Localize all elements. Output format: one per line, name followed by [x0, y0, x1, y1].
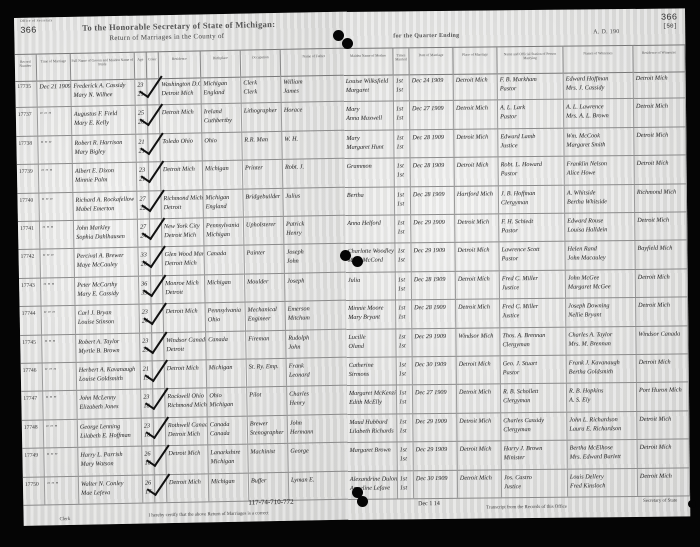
record-cell: 1st1st: [395, 244, 411, 272]
record-cell: Detroit Mich: [165, 360, 208, 388]
record-cell: Dec 28 1909: [411, 158, 455, 186]
record-cell: 17735: [15, 80, 38, 108]
record-cell: Lawrence ScottPastor: [499, 242, 565, 270]
record-cell: 17748: [22, 420, 45, 448]
record-cell: Peter McCarthyMary E. Cassidy: [75, 276, 140, 305]
record-cell: Charles A. TaylorMrs. M. Brennan: [566, 327, 636, 355]
record-cell: 17743: [19, 278, 42, 306]
record-cell: Detroit Mich: [638, 468, 690, 496]
column-header: Name of Father: [281, 49, 348, 76]
column-header: Occupation: [241, 50, 281, 77]
record-cell: MechanicalEngineer: [246, 302, 287, 330]
column-header: Place of Marriage: [453, 47, 497, 73]
record-cell: Michigan: [203, 161, 244, 189]
record-cell: J. B. HoffmanClergyman: [499, 185, 565, 213]
record-cell: MichiganEngland: [201, 76, 242, 104]
record-cell: Michigan: [209, 473, 250, 501]
binding-hole: [340, 250, 351, 261]
record-cell: Toledo Ohio: [160, 133, 203, 161]
record-cell: Port Huron Mich: [637, 383, 689, 411]
page-number: 366: [661, 13, 677, 23]
record-cell: Detroit Mich: [457, 385, 501, 413]
record-cell: " " ": [44, 448, 79, 476]
record-cell: Margaret McKenzieEdith McElly: [347, 386, 397, 414]
record-cell: Harry J. BrownMinister: [502, 441, 568, 469]
record-cell: Albert E. DixonMinnie Palm: [73, 163, 138, 192]
record-cell: A. WhitsideBertha Whitside: [565, 185, 635, 213]
record-cell: Dec 28 1909: [412, 300, 456, 328]
record-cell: " " ": [38, 136, 73, 164]
record-cell: Hartford Mich: [455, 186, 499, 214]
record-cell: Dec 29 1909: [414, 442, 458, 470]
record-cell: Michigan: [207, 360, 248, 388]
record-cell: Detroit Mich: [456, 271, 500, 299]
record-cell: WilliamJames: [281, 74, 349, 103]
record-cell: " " ": [42, 334, 77, 362]
column-header: Residence of Witnesses: [633, 45, 685, 72]
record-cell: Detroit Mich: [635, 156, 687, 184]
footer-certification: I hereby certify that the above Return o…: [149, 511, 269, 518]
record-cell: JohnHermann: [288, 414, 356, 443]
record-cell: Edward RouseLouisa Halldein: [565, 213, 635, 241]
record-cell: " " ": [39, 192, 74, 220]
record-cell: Dec 28 1909: [410, 130, 454, 158]
record-row: Alexandrine DulongAngeline Lefave1st1stD…: [348, 468, 690, 500]
binding-hole: [342, 38, 353, 49]
record-cell: ClerkClerk: [241, 75, 282, 103]
record-cell: R.R. Man: [242, 132, 283, 160]
column-header: Age: [135, 52, 147, 78]
record-row: 17750 " " "Walter N. ConleyMae Lefeva261…: [23, 471, 356, 506]
record-row: Louise WilksfieldMargaret1st1stDec 24 19…: [344, 70, 686, 102]
record-cell: Detroit Mich: [634, 99, 686, 127]
record-cell: 1st1st: [395, 158, 411, 186]
record-cell: PennsylvaniaMichigan: [204, 218, 245, 246]
record-cell: 17741: [18, 222, 41, 250]
record-cell: Pilot: [247, 387, 288, 415]
footer-transcript: Transcript from the Records of this Offi…: [486, 505, 567, 511]
column-header: Full Name of Groom and Maiden Name of Br…: [71, 53, 135, 80]
record-cell: 17737: [16, 108, 39, 136]
record-cell: 17742: [18, 250, 41, 278]
column-header: Names of Witnesses: [563, 46, 633, 73]
record-cell: CanadaCanada: [208, 416, 249, 444]
record-cell: Thos. A. BrennanClergyman: [500, 327, 566, 355]
record-cell: Carl J. BryanLouise Stinson: [76, 305, 141, 334]
record-cell: Detroit Mich: [457, 413, 501, 441]
record-cell: Lithographer: [242, 103, 283, 131]
record-cell: Dec 27 1909: [410, 101, 454, 129]
record-cell: Julius: [283, 187, 351, 216]
record-cell: Upholsterer: [244, 217, 285, 245]
record-cell: RudolphJohn: [286, 329, 354, 358]
record-cell: Percival A. BrewerMaye McCauley: [74, 248, 139, 277]
record-cell: W. H.: [282, 130, 350, 159]
column-header: Time of Marriage: [37, 54, 71, 81]
record-cell: St. Ry. Emp.: [247, 359, 288, 387]
record-cell: LanarkshireMichigan: [208, 445, 249, 473]
record-cell: 1st1st: [394, 130, 410, 158]
column-header: Date of Marriage: [409, 48, 453, 74]
record-cell: PatrickHenry: [284, 216, 352, 245]
record-cell: MaryAnna Maxwell: [344, 102, 394, 130]
record-cell: Walter N. ConleyMae Lefeva: [79, 475, 144, 504]
record-cell: Rothwell CanadaDetroit Mich: [166, 417, 209, 445]
record-row: MaryMargaret Hunt1st1stDec 28 1909Detroi…: [344, 127, 686, 159]
record-cell: Anna Helford: [345, 215, 395, 243]
record-cell: 1st1st: [395, 215, 411, 243]
record-cell: Detroit Mich: [636, 269, 688, 297]
record-cell: Margaret Brown: [348, 443, 398, 471]
record-cell: Detroit Mich: [454, 101, 498, 129]
binding-hole: [352, 256, 363, 267]
record-cell: Jos. CastroJustice: [502, 469, 568, 497]
record-cell: Painter: [244, 245, 285, 273]
page-stamp: [50]: [663, 23, 677, 30]
record-cell: Rockwell OhioRichmond Mich: [165, 389, 208, 417]
footer-note: Dec 1 14: [418, 501, 440, 507]
record-cell: 1st1st: [394, 73, 410, 101]
record-cell: Detroit Mich: [637, 411, 689, 439]
record-cell: 1st1st: [395, 187, 411, 215]
record-cell: New York CityDetroit Mich: [162, 218, 205, 246]
record-cell: Detroit Mich: [455, 158, 499, 186]
record-cell: Julia: [346, 272, 396, 300]
register-left-page: 366 Office of Secretary To the Honorable…: [14, 12, 357, 526]
footer-signature: Clerk: [60, 517, 71, 522]
record-cell: John McLennyElizabeth Jones: [77, 390, 142, 419]
record-cell: Robert R. HarrisonMary Bigley: [72, 134, 137, 163]
record-cell: " " ": [43, 363, 78, 391]
record-cell: 1st1st: [396, 272, 412, 300]
quarter-title: for the Quarter Ending: [393, 33, 459, 40]
record-cell: Windsor Canada: [636, 326, 688, 354]
record-cell: George: [288, 443, 356, 472]
record-cell: Edward HoffmanMrs. J. Cassidy: [564, 71, 634, 99]
record-cell: Maud HubbardLilabeth Richards: [347, 414, 397, 442]
record-cell: " " ": [42, 306, 77, 334]
record-cell: Robt. J.: [283, 159, 351, 188]
record-row: Minnie MooreMary Bryant1st1stDec 28 1909…: [346, 298, 688, 330]
record-row: Margaret McKenzieEdith McElly1st1stDec 2…: [347, 383, 689, 415]
record-cell: Ohio: [202, 132, 243, 160]
record-cell: Detroit Mich: [636, 298, 688, 326]
record-cell: Detroit Mich: [454, 129, 498, 157]
record-cell: Canada: [204, 246, 245, 274]
record-cell: Detroit Mich: [634, 70, 686, 98]
record-cell: 17745: [20, 335, 43, 363]
record-cell: 1st1st: [397, 386, 413, 414]
record-cell: MaryMargaret Hunt: [344, 130, 394, 158]
register-right-page: 366 [50] for the Quarter Ending A. D. 19…: [343, 8, 690, 520]
record-cell: Detroit Mich: [637, 354, 689, 382]
record-cell: Lyman E.: [289, 471, 357, 500]
record-cell: 1st1st: [397, 357, 413, 385]
record-cell: Detroit Mich: [635, 212, 687, 240]
record-cell: Helen RandJohn Macauley: [565, 241, 635, 269]
record-cell: OhioMichigan: [207, 388, 248, 416]
record-cell: 1st1st: [398, 471, 414, 499]
record-cell: Detroit Mich: [456, 300, 500, 328]
record-cell: Horace: [282, 102, 350, 131]
record-row: Anna Helford1st1stDec 29 1909Detroit Mic…: [345, 212, 687, 244]
record-cell: Charles CassidyClergyman: [501, 412, 567, 440]
record-cell: Herbert A. KavanaughLouise Goldsmith: [77, 362, 142, 391]
record-cell: Bertha: [345, 187, 395, 215]
column-header: Times Married: [393, 48, 409, 74]
record-cell: Dec 29 1909: [411, 243, 455, 271]
record-cell: Dec 30 1909: [414, 470, 458, 498]
record-cell: Canada: [206, 331, 247, 359]
record-cell: " " ": [38, 107, 73, 135]
record-cell: 1st1st: [398, 442, 414, 470]
record-cell: Buffer: [249, 472, 290, 500]
record-cell: Monroe MichDetroit: [163, 275, 206, 303]
record-cell: Dec 29 1909: [413, 414, 457, 442]
record-cell: John L. RichardsonLaura E. Richardson: [567, 412, 637, 440]
record-cell: Louis DelleryFred Kinsloch: [568, 469, 638, 497]
record-cell: Dec 28 1909: [412, 272, 456, 300]
record-cell: Bridgebuilder: [243, 188, 284, 216]
record-cell: " " ": [39, 164, 74, 192]
record-cell: Detroit Mich: [160, 105, 203, 133]
record-cell: Detroit Mich: [454, 72, 498, 100]
record-cell: " " ": [44, 420, 79, 448]
record-cell: Fred C. MillerJustice: [500, 299, 566, 327]
record-cell: A. L. LawrenceMrs. A. L. Brown: [564, 99, 634, 127]
record-cell: Detroit Mich: [634, 127, 686, 155]
office-label: Office of Secretary: [20, 18, 53, 23]
record-row: MaryAnna Maxwell1st1stDec 27 1909Detroit…: [344, 99, 686, 131]
record-cell: John MarkleySophia Dahlhausen: [74, 220, 139, 249]
page-subtitle: Return of Marriages in the County of: [109, 32, 224, 42]
record-cell: Harry L. ParrishMary Watson: [78, 447, 143, 476]
record-cell: Louise WilksfieldMargaret: [344, 73, 394, 101]
record-cell: CatherineSirmons: [347, 357, 397, 385]
record-cell: F. B. MarkhamPastor: [498, 72, 564, 100]
record-cell: Fred C. MillerJustice: [500, 270, 566, 298]
record-cell: Dec 21 1909: [37, 79, 72, 107]
record-cell: Bertha McElhoseMrs. Edward Barlett: [568, 440, 638, 468]
record-cell: Windsor CanadaDetroit: [164, 332, 207, 360]
record-cell: Robt. L. HowardPastor: [499, 157, 565, 185]
year-label: A. D. 190: [593, 29, 619, 35]
record-cell: Detroit Mich: [455, 214, 499, 242]
record-cell: 17750: [23, 477, 46, 505]
record-cell: EmersonMitchum: [286, 301, 354, 330]
record-cell: PennsylvaniaOhio: [206, 303, 247, 331]
record-cell: " " ": [43, 391, 78, 419]
record-cell: Detroit Mich: [164, 304, 207, 332]
record-row: Charlotte WoodleyMary McCord1st1stDec 29…: [345, 241, 687, 273]
record-cell: " " ": [40, 249, 75, 277]
record-cell: 17746: [21, 364, 44, 392]
record-cell: Augustus F. FieldMary E. Kelly: [72, 106, 137, 135]
record-cell: Franklin NelsonAlice Howe: [565, 156, 635, 184]
record-cell: Detroit Mich: [458, 442, 502, 470]
page-number: 366: [20, 26, 36, 36]
record-cell: 1st1st: [397, 414, 413, 442]
record-cell: George LenningLilabeth E. Hoffman: [78, 418, 143, 447]
record-cell: Grammon: [345, 159, 395, 187]
record-cell: Dec 29 1909: [411, 215, 455, 243]
record-cell: Windsor Mich: [456, 328, 500, 356]
record-row: Grammon1st1stDec 28 1909Detroit MichRobt…: [345, 156, 687, 188]
record-cell: R. B. SchollettClergyman: [501, 384, 567, 412]
record-cell: Detroit Mich: [455, 243, 499, 271]
column-header: Residence: [159, 51, 201, 78]
record-cell: 17749: [22, 449, 45, 477]
record-cell: Joseph: [285, 272, 353, 301]
record-cell: Wm. McCookMargaret Smith: [564, 128, 634, 156]
record-cell: Dec 30 1909: [413, 357, 457, 385]
column-header: Record Number: [15, 55, 37, 81]
binding-hole: [357, 496, 368, 507]
record-cell: Moulder: [245, 274, 286, 302]
record-cell: Richmond MichDetroit: [161, 190, 204, 218]
record-cell: Detroit Mich: [161, 162, 204, 190]
column-header: Birthplace: [201, 51, 241, 78]
page-title: To the Honorable Secretary of State of M…: [82, 19, 275, 33]
record-cell: Detroit Mich: [458, 470, 502, 498]
record-cell: MichiganEngland: [203, 189, 244, 217]
record-cell: Detroit Mich: [637, 440, 689, 468]
record-cell: Edward LambJustice: [498, 128, 564, 156]
record-cell: 1st1st: [394, 102, 410, 130]
record-cell: LucilleOland: [346, 329, 396, 357]
binding-hole: [688, 500, 696, 508]
record-cell: Machinist: [248, 444, 289, 472]
record-cell: Joseph DowningNellie Bryant: [566, 298, 636, 326]
record-cell: 17744: [20, 307, 43, 335]
record-cell: Frank J. KavanaughBertha Goldsmith: [567, 355, 637, 383]
record-cell: Richmond Mich: [635, 184, 687, 212]
record-cell: Washington D.C.Detroit Mich: [159, 76, 202, 104]
record-cell: Detroit Mich: [457, 356, 501, 384]
record-cell: 1st1st: [396, 300, 412, 328]
record-cell: 17740: [17, 193, 40, 221]
record-cell: IrelandCuthbertby: [202, 104, 243, 132]
record-cell: Bayfield Mich: [635, 241, 687, 269]
record-cell: Michigan: [205, 274, 246, 302]
record-cell: " " ": [41, 278, 76, 306]
record-cell: Dec 24 1909: [410, 73, 454, 101]
record-cell: 17739: [17, 165, 40, 193]
column-header: Name and Official Station of Person Marr…: [497, 47, 563, 74]
record-cell: Robert A. TaylorMyrtle B. Brown: [76, 333, 141, 362]
record-cell: 17747: [21, 392, 44, 420]
record-cell: F. H. SchiedtPastor: [499, 214, 565, 242]
record-cell: Geo. J. StuartPastor: [501, 356, 567, 384]
footer-secretary: Secretary of State: [643, 499, 677, 504]
record-cell: Fireman: [246, 330, 287, 358]
column-header: Maiden Name of Mother: [343, 48, 393, 75]
record-cell: 17738: [16, 136, 39, 164]
record-cell: Dec 27 1909: [413, 385, 457, 413]
record-row: Margaret Brown1st1stDec 29 1909Detroit M…: [348, 440, 690, 472]
record-cell: Printer: [243, 160, 284, 188]
record-cell: Detroit Mich: [167, 474, 210, 502]
record-row: Maud HubbardLilabeth Richards1st1stDec 2…: [347, 411, 689, 443]
footer-reference: 117-74-710-772: [248, 498, 293, 507]
record-cell: A. L. LarkPastor: [498, 100, 564, 128]
record-row: Bertha1st1stDec 28 1909Hartford MichJ. B…: [345, 184, 687, 216]
record-cell: BrewerStenographer: [248, 416, 289, 444]
record-row: CatherineSirmons1st1stDec 30 1909Detroit…: [347, 354, 689, 386]
record-cell: 1st1st: [396, 329, 412, 357]
record-cell: CharlesHenry: [287, 386, 355, 415]
record-cell: Detroit Mich: [166, 446, 209, 474]
record-cell: Glen Wood MaryDetroit Mich: [162, 247, 205, 275]
record-cell: Richard A. RockafellowMabel Emerton: [73, 191, 138, 220]
record-cell: FrankLeonard: [287, 358, 355, 387]
record-row: LucilleOland1st1stDec 29 1909Windsor Mic…: [346, 326, 688, 358]
record-cell: John McGeeMargaret McGee: [566, 270, 636, 298]
record-cell: Dec 29 1909: [412, 328, 456, 356]
record-row: Julia1st1stDec 28 1909Detroit MichFred C…: [346, 269, 688, 301]
record-cell: Dec 28 1909: [411, 186, 455, 214]
record-cell: R. B. HopkinsA. S. Ely: [567, 383, 637, 411]
record-cell: Frederick A. CassidyMary N. Wilhee: [71, 78, 136, 107]
record-cell: " " ": [40, 221, 75, 249]
record-cell: " " ": [45, 476, 80, 504]
record-cell: Minnie MooreMary Bryant: [346, 301, 396, 329]
